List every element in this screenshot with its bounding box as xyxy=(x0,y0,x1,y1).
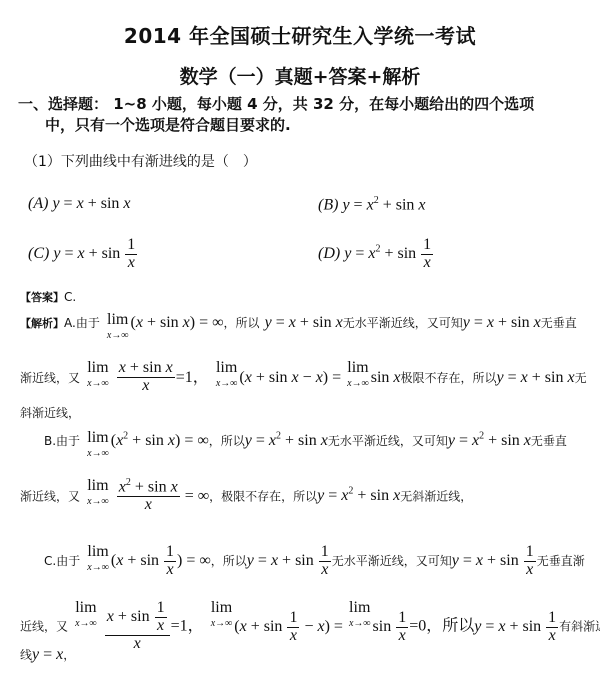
analysis-c-line3: 线y = x， xyxy=(20,644,75,664)
question-text: 下列曲线中有渐进线的是（ ） xyxy=(61,154,257,170)
option-c: (C) y = x + sin 1x xyxy=(28,237,138,272)
analysis-c-line1: C.由于 limx→∞(x + sin 1x) = ∞，所以y = x + si… xyxy=(44,544,585,579)
question-number: （1） xyxy=(24,154,61,170)
analysis-a-line2: 渐近线，又 limx→∞ x + sin xx=1， limx→∞(x + si… xyxy=(20,360,587,395)
analysis-b-line1: B.由于 limx→∞(x2 + sin x) = ∞，所以y = x2 + s… xyxy=(44,430,567,459)
analysis-a-line1: 【解析】A.由于 limx→∞(x + sin x) = ∞，所以 y = x … xyxy=(20,312,577,341)
option-a: (A) y = x + sin x xyxy=(28,195,131,213)
section-heading-line2: 中，只有一个选项是符合题目要求的. xyxy=(45,114,291,135)
document-subtitle: 数学（一）真题+答案+解析 xyxy=(0,62,600,89)
question-stem: （1）下列曲线中有渐进线的是（ ） xyxy=(24,151,257,171)
section-heading: 一、选择题： 1~8 小题，每小题 4 分，共 32 分，在每小题给出的四个选项 xyxy=(18,94,534,114)
option-b: (B) y = x2 + sin x xyxy=(318,195,426,214)
analysis-a-line3: 斜渐近线， xyxy=(20,404,80,421)
answer: 【答案】C. xyxy=(20,286,76,305)
document-title: 2014 年全国硕士研究生入学统一考试 xyxy=(0,20,600,49)
analysis-b-line2: 渐近线，又 limx→∞ x2 + sin xx = ∞，极限不存在，所以y =… xyxy=(20,478,472,514)
option-d: (D) y = x2 + sin 1x xyxy=(318,237,434,272)
analysis-c-line2: 近线，又 limx→∞ x + sin 1xx=1， limx→∞(x + si… xyxy=(20,600,600,652)
